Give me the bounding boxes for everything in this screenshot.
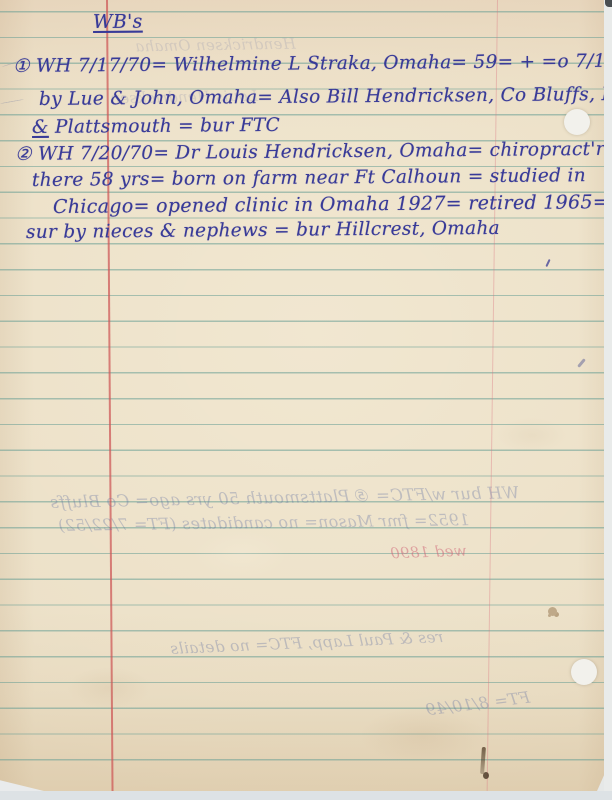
bleed-through-line: 1952= fmr Mason= no candidates (FT= 7/22… [58,510,470,535]
handwriting-line: & Plattsmouth = bur FTC [32,115,280,138]
notebook-paper: Hendricksen Omaha Louis Hendricksen WH b… [0,0,604,791]
scan-background-right [604,0,612,800]
bleed-through-line-red: wed 1890 [390,542,467,563]
handwriting-line: there 58 yrs= born on farm near Ft Calho… [32,165,586,191]
scan-background-bottom [0,791,612,800]
bleed-through-line: FT= 8/10/49 [424,688,531,720]
scan-corner-mark [605,0,612,7]
handwriting-line: ① WH 7/17/70= Wilhelmine L Straka, Omaha… [13,50,612,77]
handwriting-line: ② WH 7/20/70= Dr Louis Hendricksen, Omah… [15,139,605,165]
ink-smudge [480,747,486,774]
bleed-through-line: WH bur w/FTC= ⑤ Plattsmouth 50 yrs ago= … [50,483,520,512]
underlined-ampersand: & [32,117,49,138]
hole-punch-bottom [571,659,597,685]
handwriting-line: Chicago= opened clinic in Omaha 1927= re… [53,191,609,218]
right-margin-bleed-line [487,0,499,791]
bleed-through-line: Hendricksen Omaha [135,35,296,56]
stain-speck [548,607,557,616]
hole-punch-top [564,109,590,135]
handwriting-line: sur by nieces & nephews = bur Hillcrest,… [26,218,500,243]
page-heading: WB's [93,11,143,33]
scanned-notebook-page: { "document": { "kind": "handwritten obi… [0,0,612,800]
handwriting-line-text: Plattsmouth = bur FTC [49,115,280,138]
bleed-through-line: res & Paul Lapp, FTC= no details [170,628,444,658]
ink-speck [545,259,550,267]
ink-smudge-dot [483,772,489,779]
ghost-mark [0,99,24,104]
handwriting-line: by Lue & John, Omaha= Also Bill Hendrick… [39,84,612,110]
ink-speck [577,358,586,368]
